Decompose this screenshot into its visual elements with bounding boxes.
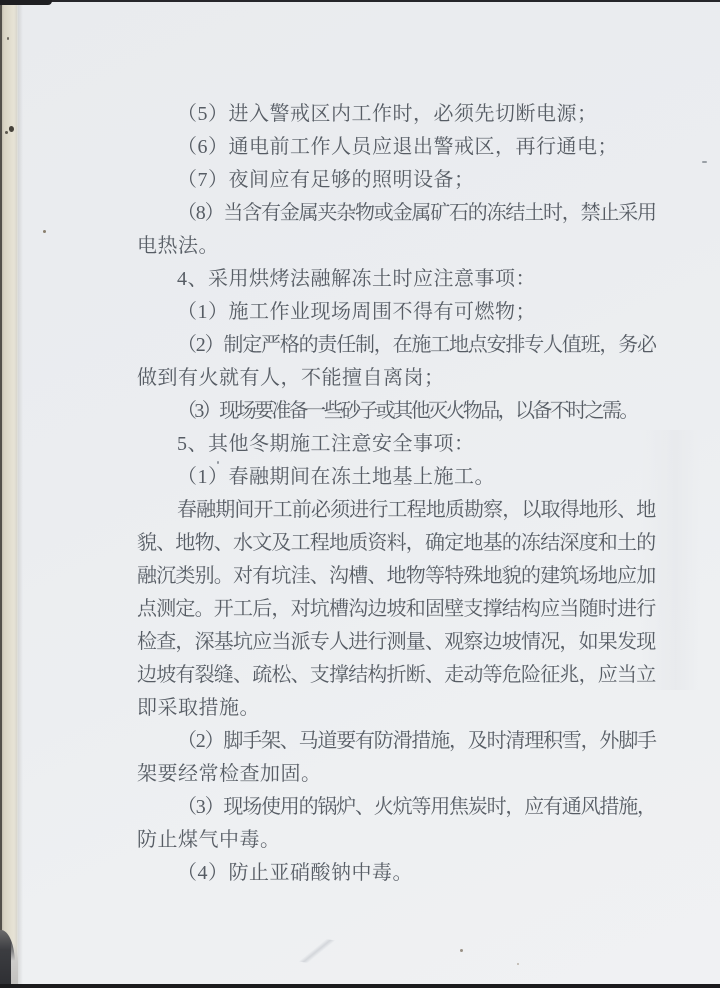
text-line: （3）现场使用的锅炉、火炕等用焦炭时，应有通风措施， [137,791,655,824]
document-text-block: （5）进入警戒区内工作时，必须先切断电源； （6）通电前工作人员应退出警戒区，再… [137,98,655,890]
scan-edge-left [0,0,2,988]
scanner-strip-shadow [18,0,23,988]
text-line: 春融期间开工前必须进行工程地质勘察，以取得地形、地 [137,494,655,527]
scan-speck [702,161,707,163]
text-line: （7）夜间应有足够的照明设备； [137,164,655,197]
scan-speck [217,461,219,464]
text-line: （2）制定严格的责任制，在施工地点安排专人值班，务必 [137,329,655,362]
text-line: （8）当含有金属夹杂物或金属矿石的冻结土时，禁止采用 [137,197,655,230]
scan-speck [43,230,46,233]
scan-speck [517,963,519,965]
text-line: （3）现场要准备一些砂子或其他灭火物品，以备不时之需。 [137,395,655,428]
scan-edge-bottom [0,984,720,988]
text-line: （1）春融期间在冻土地基上施工。 [137,461,655,494]
text-line: 检查，深基坑应当派专人进行测量、观察边坡情况，如果发现 [137,626,655,659]
text-line: 貌、地物、水文及工程地质资料，确定地基的冻结深度和土的 [137,527,655,560]
scan-edge-top [0,0,720,2]
text-line: （5）进入警戒区内工作时，必须先切断电源； [137,98,655,131]
text-line: 架要经常检查加固。 [137,758,655,791]
text-line: （4）防止亚硝酸钠中毒。 [137,857,655,890]
scan-speck [9,126,14,132]
text-line: 做到有火就有人，不能擅自离岗； [137,362,655,395]
text-line: 边坡有裂缝、疏松、支撑结构折断、走动等危险征兆，应当立 [137,659,655,692]
text-line: 防止煤气中毒。 [137,824,655,857]
scan-speck [460,949,463,952]
text-line: 4、采用烘烤法融解冻土时应注意事项： [137,263,655,296]
text-line: （6）通电前工作人员应退出警戒区，再行通电； [137,131,655,164]
text-line: 融沉类别。对有坑洼、沟槽、地物等特殊地貌的建筑场地应加 [137,560,655,593]
scan-speck [7,37,9,40]
scanned-page: （5）进入警戒区内工作时，必须先切断电源； （6）通电前工作人员应退出警戒区，再… [0,0,720,988]
text-line: （2）脚手架、马道要有防滑措施，及时清理积雪，外脚手 [137,725,655,758]
text-line: 5、其他冬期施工注意安全事项： [137,428,655,461]
scan-crease [286,934,347,968]
scanner-left-strip [1,0,18,988]
scan-speck [5,131,8,134]
text-line: 即采取措施。 [137,692,655,725]
text-line: （1）施工作业现场周围不得有可燃物； [137,296,655,329]
scan-edge-top-left [0,0,52,5]
text-line: 电热法。 [137,230,655,263]
text-line: 点测定。开工后，对坑槽沟边坡和固壁支撑结构应当随时进行 [137,593,655,626]
